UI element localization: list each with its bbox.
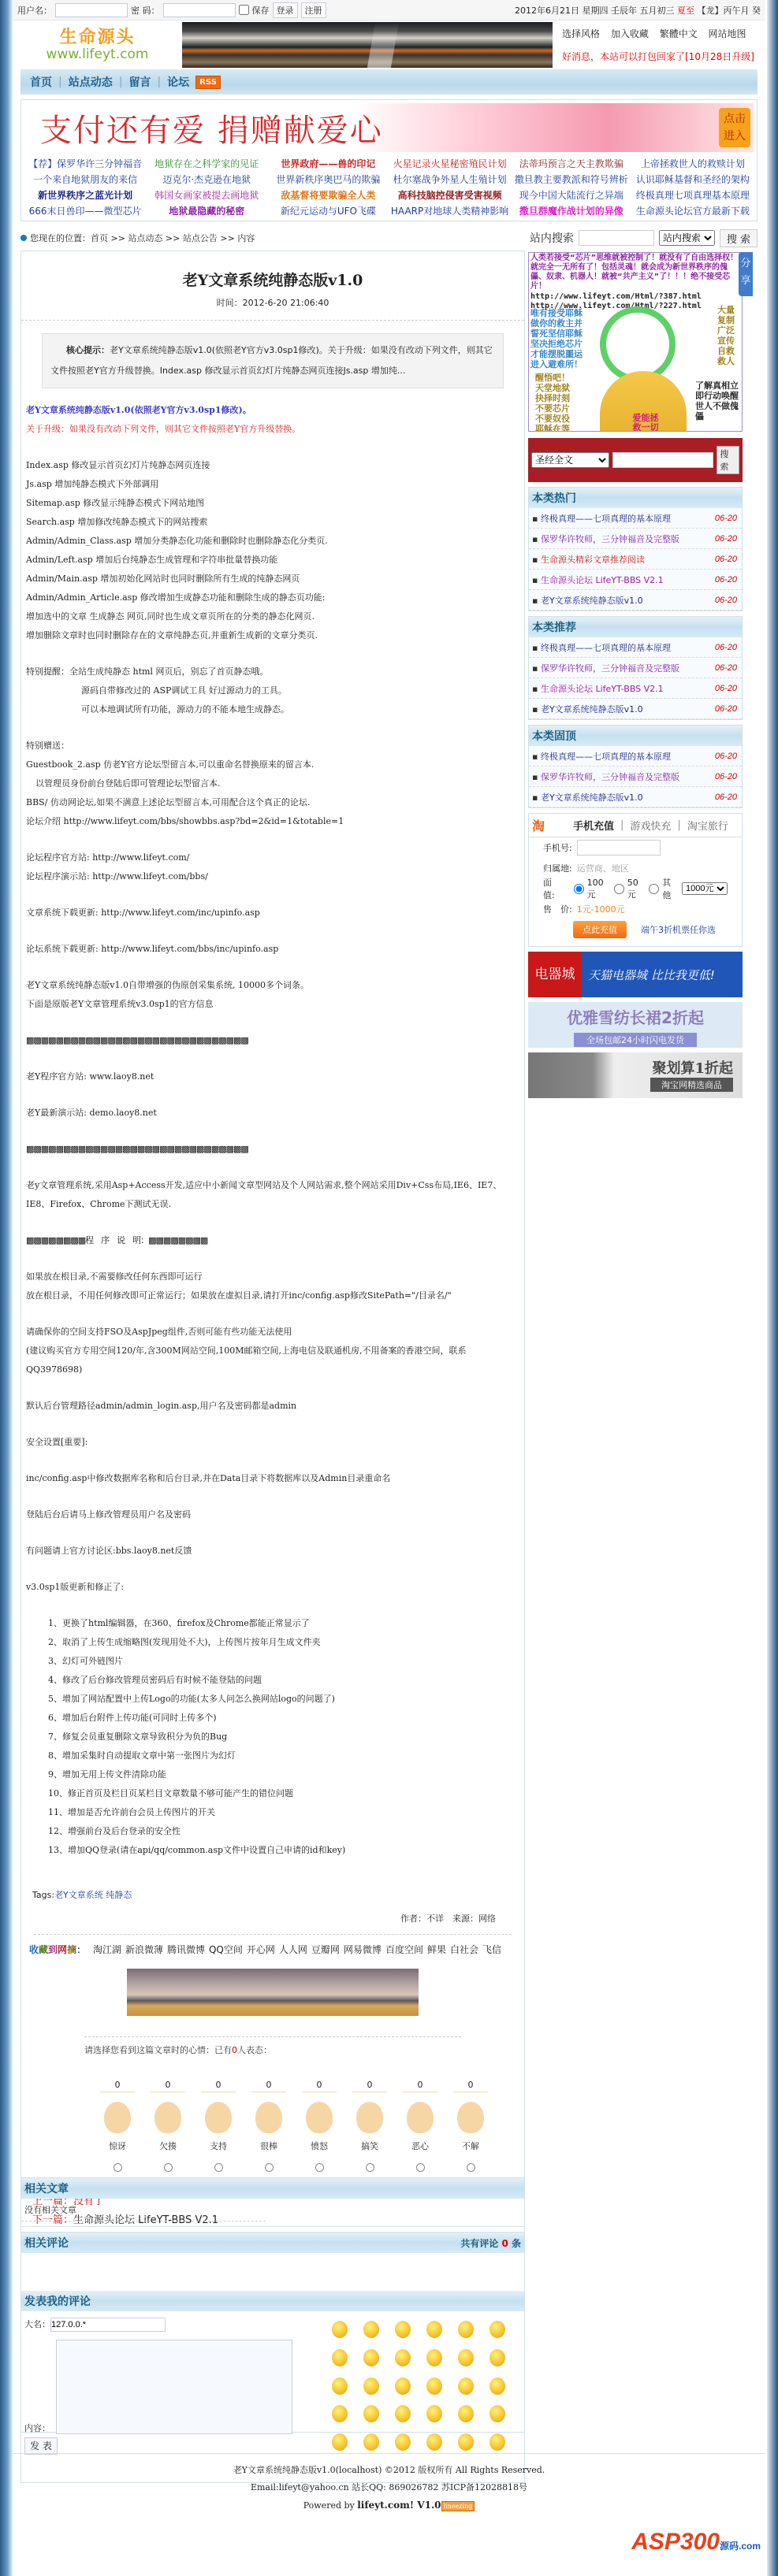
amount-other-radio[interactable] [649,884,659,894]
mood-option[interactable]: 0搞笑 [352,2080,387,2172]
promo-link[interactable]: 地狱最隐藏的秘密 [146,204,267,217]
share-site-link[interactable]: 开心网 [247,1944,275,1955]
config-note: inc/config.asp中修改数据库名称和后台目录,并在Data目录下将数据… [26,1469,519,1488]
post-comment-title: 发表我的评论 [24,2293,91,2309]
promo-link[interactable]: 杜尔塞战争外星人生殖计划 [389,173,511,186]
pinned-title: 本类固顶 [532,728,576,744]
header-news[interactable]: 好消息，本站可以打包回家了[10月28日升级] [562,50,754,63]
username-label: 用户名： [17,4,52,17]
promo-link[interactable]: 韩国女画家被提去画地狱 [146,188,267,202]
site-footer: 老Y文章系统纯静态版v1.0(localhost) ©2012 版权所有 All… [13,2453,765,2515]
mood-label: 惊讶 [100,2140,135,2152]
rss-button[interactable]: RSS [195,76,221,89]
sidebar-article-item[interactable]: 终极真理——七项真理的基本原理06-20 [529,637,742,658]
tags-label: Tags: [32,1890,54,1900]
emoticon-icon[interactable] [458,2433,474,2451]
article-update-link[interactable]: 文章系统下载更新: http://www.lifeyt.com/inc/upin… [26,904,519,922]
promo-link[interactable]: 法蒂玛预言之天主教欺骗 [511,157,632,170]
promo-link[interactable]: 高科技脑控侵害受害视频 [389,188,511,202]
register-button[interactable]: 注册 [301,2,326,18]
share-label: ： [76,1944,86,1955]
search-scope-select[interactable]: 站内搜索 [659,230,715,246]
emoticon-icon[interactable] [395,2433,411,2451]
emoticon-icon[interactable] [363,2321,379,2338]
mood-face-icon [306,2102,333,2133]
sidebar-article-item[interactable]: 生命源头论坛 LifeYT-BBS V2.106-20 [529,678,742,699]
amount-option: 其他 [662,876,679,901]
sidebar-article-item[interactable]: 保罗华许牧师，三分钟福音及完整版06-20 [529,766,742,787]
remember-checkbox[interactable] [239,5,249,15]
share-site-link[interactable]: 鲜果 [427,1944,446,1955]
promo-link[interactable]: 火星记录火星秘密殖民计划 [389,157,511,170]
sidebar-article-date: 06-20 [715,643,737,652]
sidebar-article-title[interactable]: 生命源头精彩文章推荐阅读 [532,553,645,566]
tag-link[interactable]: 老Y文章系统 [54,1890,103,1900]
remember-label: 保存 [252,4,270,17]
lead-line-1: 老Y文章系统纯静态版v1.0(依照老Y官方v3.0sp1修改)。 [26,401,519,420]
share-site-link[interactable]: 白社会 [450,1944,478,1955]
emoticon-grid [332,2321,507,2452]
mood-total: 0 [232,2045,237,2055]
article-tags: Tags:老Y文章系统 纯静态 [21,1880,524,1901]
sidebar-article-item[interactable]: 老Y文章系统纯静态版v1.006-20 [529,590,742,611]
gift-line: 以管理员身份前台登陆后即可管理论坛型留言本. [26,774,519,793]
mood-radio[interactable] [366,2163,374,2172]
nav-forum[interactable]: 论坛 [167,74,189,90]
emoticon-icon[interactable] [363,2377,379,2395]
logo-chinese: 生命源头 [13,28,182,47]
password-note: 登陆后台后请马上修改管理员用户名及密码 [26,1505,519,1524]
sidebar-article-date: 06-20 [715,684,737,693]
tmall-logo: 电器城 [528,952,582,997]
mood-option[interactable]: 0不解 [453,2080,488,2172]
install-note: 放在根目录，不用任何修改即可正常运行；如果放在虚拟目录,请打开inc/confi… [26,1286,519,1305]
header-links: 选择风格 加入收藏 繁體中文 网站地图 好消息，本站可以打包回家了[10月28日… [553,27,754,63]
lead-line-2: 关于升级：如果没有改动下列文件，则其它文件按照老Y官方升级替换。 [26,420,519,439]
file-change-line: 增加选中的文章 生成静态 网页,同时也生成文章页所在的分类的静态化网页. [26,607,519,626]
file-change-line: Search.asp 增加修改纯静态模式下的网站搜索 [26,513,519,532]
bible-select[interactable]: 圣经全文 [531,452,609,468]
security-heading: 安全设置[重要]: [26,1433,519,1452]
search-button[interactable]: 搜 索 [720,229,758,247]
phone-input[interactable] [577,840,661,856]
recommended-articles-box: 本类推荐 终极真理——七项真理的基本原理06-20保罗华许牧师，三分钟福音及完整… [528,616,743,720]
sidebar-article-title[interactable]: 老Y文章系统纯静态版v1.0 [532,791,643,804]
sidebar-article-title[interactable]: 保罗华许牧师，三分钟福音及完整版 [532,770,679,783]
share-site-link[interactable]: 豆瓣网 [311,1944,340,1955]
location-bar: 您现在的位置： 首页 >> 站点动态 >> 站点公告 >> 内容 站内搜索 站内… [20,226,758,250]
changelog-list: 1、更换了html编辑器，在360、firefox及Chrome都能正常显示了2… [26,1614,519,1860]
emoticon-icon[interactable] [490,2321,505,2338]
summary-label: 核心提示： [50,345,110,355]
promo-link[interactable]: 撒旦教主要教派和符号辨析 [511,173,632,186]
laoy-demo-link[interactable]: 老Y最新演示站: demo.laoy8.net [26,1104,519,1123]
amount-50-radio[interactable] [614,884,624,894]
promo-link[interactable]: 认识耶稣基督和圣经的架构 [632,173,754,186]
tmall-ad[interactable]: 电器城 天猫电器城 比比我更低! [528,952,743,997]
emoticon-icon[interactable] [395,2377,411,2395]
enter-button[interactable]: 点击进入 [719,108,750,147]
contact-line: Email:lifeyt@yahoo.cn 站长QQ: 869026782 苏I… [13,2479,765,2496]
share-sites: 淘江湖新浪微薄腾讯微博QQ空间开心网人人网豆瓣网网易微博百度空间鲜果白社会飞信 [89,1944,501,1955]
gift-heading: 特别赠送： [26,737,519,755]
amount-option: 100元 [587,878,611,900]
nav-separator: | [58,76,62,88]
comment-count: 共有评论 0 条 [460,2236,521,2250]
emoticon-icon[interactable] [426,2321,442,2338]
mood-option[interactable]: 0愤怒 [302,2080,337,2172]
mood-face-icon [255,2102,282,2133]
emoticon-icon[interactable] [490,2377,505,2395]
sidebar-article-title[interactable]: 终极真理——七项真理的基本原理 [532,641,671,654]
system-description: 老y文章管理系统,采用Asp+Access开发,适应中小新闻文章型网站及个人网站… [26,1176,519,1214]
emoticon-icon[interactable] [458,2405,474,2422]
mood-radio[interactable] [416,2163,425,2172]
amount-option: 50元 [627,878,646,900]
emoticon-icon[interactable] [490,2405,505,2422]
juhuasuan-ad[interactable]: 聚划算1折起 淘宝网精选商品 [528,1052,743,1098]
sidebar-article-title[interactable]: 老Y文章系统纯静态版v1.0 [532,594,643,607]
promo-link[interactable]: 现今中国大陆流行之异端 [511,188,632,202]
fso-note: 请确保你的空间支持FSO及AspJpeg组件,否则可能有些功能无法使用 [26,1323,519,1342]
mood-option[interactable]: 0欠揍 [151,2080,185,2172]
site-logo[interactable]: 生命源头 www.lifeyt.com [13,28,182,62]
changelog-item: 2、取消了上传生成缩略图(发现用处不大)，上传图片按年月生成文件夹 [26,1633,519,1652]
emoticon-icon[interactable] [426,2349,442,2366]
share-site-link[interactable]: 淘江湖 [93,1944,121,1955]
block-divider: ▩▩▩▩▩▩▩▩▩▩▩▩▩▩▩▩▩▩▩▩▩▩▩▩▩▩▩▩▩▩ [26,1031,519,1050]
bible-search-input[interactable] [612,452,713,468]
promo-link[interactable]: 敌基督将要欺骗全人类 [267,188,389,202]
sidebar-article-date: 06-20 [715,596,737,605]
mood-option[interactable]: 0惊讶 [100,2080,135,2172]
promo-link[interactable]: 新纪元运动与UFO飞碟 [267,204,389,217]
forum-intro-link[interactable]: 论坛介绍 http://www.lifeyt.com/bbs/showbbs.a… [26,812,519,831]
promo-link[interactable]: 地狱存在之科学家的见证 [146,157,267,170]
emoticon-icon[interactable] [458,2321,474,2338]
emoticon-icon[interactable] [458,2349,474,2366]
breadcrumb-current: 内容 [237,233,255,243]
tab-game-recharge[interactable]: 游戏快充 [630,818,671,833]
article-time: 时间：2012-6-20 21:06:40 [21,296,524,321]
submit-comment-button[interactable]: 发 表 [24,2437,58,2455]
password-input[interactable] [163,3,236,17]
promo-link[interactable]: 撒旦群魔作战计划的异像 [511,204,632,217]
related-articles-box: 相关文章 没有相关文章 [20,2177,525,2227]
powered-brand[interactable]: lifeyt.com! V1.0 [357,2500,441,2511]
promo-link[interactable]: 【荐】保罗华许三分钟福音 [24,157,146,170]
region-label: 归属地: [543,862,572,874]
promo-links-grid: 【荐】保罗华许三分钟福音地狱存在之科学家的见证世界政府——兽的印记火星记录火星秘… [24,157,754,217]
emoticon-icon[interactable] [363,2349,379,2366]
mood-label: 搞笑 [352,2140,387,2152]
mood-option[interactable]: 0恶心 [403,2080,437,2172]
promo-section: 支付还有爱 捐赠献爱心 点击进入 【荐】保罗华许三分钟福音地狱存在之科学家的见证… [20,99,758,221]
emoticon-icon[interactable] [332,2321,348,2338]
mood-radio[interactable] [214,2163,223,2172]
region-value: 运营商、地区 [577,862,629,874]
mood-label: 支持 [201,2140,236,2152]
nav-news[interactable]: 站点动态 [69,74,113,90]
taobao-recharge-widget: 淘 手机充值| 游戏快充| 淘宝旅行 手机号: 归属地:运营商、地区 面 值: … [528,813,743,947]
login-button[interactable]: 登录 [273,2,298,18]
summary-text: 老Y文章系统纯静态版v1.0(依照老Y官方v3.0sp1修改)。关于升级：如果没… [50,345,493,376]
promo-link[interactable]: 终极真理七项真理基本原理 [632,188,754,202]
mood-options: 0惊讶0欠揍0支持0很棒0愤怒0搞笑0恶心0不解 [84,2080,524,2172]
tab-travel[interactable]: 淘宝旅行 [687,818,728,833]
emoticon-icon[interactable] [363,2405,379,2422]
ju-ad-subtitle: 淘宝网精选商品 [650,1078,733,1092]
share-label: 摘 [67,1944,76,1955]
emoticon-icon[interactable] [458,2377,474,2395]
breadcrumb-news[interactable]: 站点动态 [128,233,162,243]
tab-phone-recharge[interactable]: 手机充值 [573,818,614,833]
emoticon-icon[interactable] [426,2377,442,2395]
emoticon-icon[interactable] [426,2405,442,2422]
sidebar-article-title[interactable]: 生命源头论坛 LifeYT-BBS V2.1 [532,682,664,695]
changelog-item: 3、幻灯可外链图片 [26,1652,519,1671]
reminder-line: 特别提醒：全站生成纯静态 html 网页后，别忘了首页静态哦。 [26,663,519,681]
ju-ad-title: 聚划算1折起 [528,1057,733,1078]
sidebar-article-title[interactable]: 生命源头论坛 LifeYT-BBS V2.1 [532,573,664,586]
sidebar-article-item[interactable]: 保罗华许牧师，三分钟福音及完整版06-20 [529,529,742,549]
taobao-logo: 淘 [532,816,567,834]
date-display: 2012年6月21日 星期四 壬辰年 五月初三 夏至 【龙】丙午月 癸 [515,4,761,17]
changelog-item: 12、增强前台及后台登录的安全性 [26,1822,519,1841]
sidebar-article-item[interactable]: 终极真理——七项真理的基本原理06-20 [529,508,742,529]
article-body: 老Y文章系统纯静态版v1.0(依照老Y官方v3.0sp1修改)。 关于升级：如果… [21,388,524,1860]
powered-line: Powered by lifeyt.com! V1.0lineezing [13,2496,765,2515]
mood-count: 0 [201,2080,236,2092]
share-site-link[interactable]: 百度空间 [385,1944,423,1955]
name-label: 大名： [24,2319,50,2329]
mood-prompt-suffix: 人表态： [237,2045,272,2055]
logo-url: www.lifeyt.com [13,47,182,62]
mood-radio[interactable] [164,2163,173,2172]
changelog-item: 1、更换了html编辑器，在360、firefox及Chrome都能正常显示了 [26,1614,519,1633]
location-label: 您现在的位置： [30,232,91,244]
changelog-item: 10、修正首页及栏目页某栏目文章数量不够可能产生的错位问题 [26,1784,519,1803]
emoticon-icon[interactable] [332,2377,348,2395]
promo-link[interactable]: 上帝拯救世人的救赎计划 [632,157,754,170]
comment-form: 大名： 内容： 发 表 [21,2311,524,2459]
header-banner-image [182,22,553,68]
nav-home[interactable]: 首页 [30,74,52,90]
solar-term: 夏至 [677,6,694,16]
amount-100-radio[interactable] [574,884,584,894]
amount-select[interactable]: 1000元 [682,882,728,895]
mood-radio[interactable] [265,2163,274,2172]
mood-label: 很棒 [251,2140,286,2152]
emoticon-icon[interactable] [490,2433,505,2451]
original-info-note: 下面是原版老Y文章管理系统v3.0sp1的官方信息 [26,995,519,1014]
sidebar-article-item[interactable]: 保罗华许牧师，三分钟福音及完整版06-20 [529,658,742,678]
promo-link[interactable]: 666末日兽印——微型芯片 [24,204,146,217]
emoticon-icon[interactable] [332,2349,348,2366]
mood-face-icon [407,2102,434,2133]
emoticon-icon[interactable] [426,2433,442,2451]
share-site-link[interactable]: 人人网 [279,1944,307,1955]
breadcrumb-home[interactable]: 首页 [91,233,108,243]
sidebar-article-item[interactable]: 老Y文章系统纯静态版v1.006-20 [529,699,742,719]
sidebar-article-date: 06-20 [715,752,737,761]
sidebar-article-title[interactable]: 老Y文章系统纯静态版v1.0 [532,703,643,715]
mood-count: 0 [302,2080,337,2092]
mood-face-icon [205,2102,232,2133]
sidebar-article-date: 06-20 [715,772,737,781]
site-header: 生命源头 www.lifeyt.com 选择风格 加入收藏 繁體中文 网站地图 … [13,20,765,69]
share-site-link[interactable]: 网易微博 [344,1944,382,1955]
recommend-title: 本类推荐 [532,619,576,635]
sidebar-article-date: 06-20 [715,514,737,523]
promo-link[interactable]: 世界政府——兽的印记 [267,157,389,170]
mood-face-icon [154,2102,181,2133]
ad-text: 大量复制广泛宣传自救救人 [717,305,739,366]
name-input[interactable] [50,2318,166,2332]
page-background-right [767,0,778,2576]
share-site-link[interactable]: 飞信 [482,1944,501,1955]
file-change-line: Admin/Admin_Article.asp 修改增加生成静态功能和删除生成的… [26,588,519,607]
mood-radio[interactable] [114,2163,122,2172]
price-value: 1元-1000元 [577,903,625,915]
emoticon-icon[interactable] [363,2433,379,2451]
promo-link[interactable]: 新世界秩序之蓝光计划 [24,188,146,202]
style-link[interactable]: 选择风格 [562,28,600,39]
sitemap-link[interactable]: 网站地图 [709,28,746,39]
hosting-note: (建议购买官方专用空间120/年,含300M网站空间,100M邮箱空间,上海电信… [26,1342,519,1379]
changelog-item: 6、增加后台附件上传功能(可同时上传多个) [26,1709,519,1728]
share-label: 收 [29,1944,39,1955]
changelog-item: 13、增加QQ登录(请在api/qq/common.asp文件中设置自己申请的i… [26,1841,519,1860]
file-change-list: Index.asp 修改显示首页幻灯片纯静态网页连接Js.asp 增加纯静态模式… [26,456,519,645]
share-label: 藏 [39,1944,48,1955]
hot-articles-box: 本类热门 终极真理——七项真理的基本原理06-20保罗华许牧师，三分钟福音及完整… [528,487,743,611]
changelog-item: 5、增加了网站配置中上传Logo的功能(太多人问怎么换网站logo的问题了) [26,1690,519,1709]
emoticon-icon[interactable] [332,2405,348,2422]
sidebar-article-item[interactable]: 终极真理——七项真理的基本原理06-20 [529,746,742,766]
recharge-button[interactable]: 点此充值 [573,921,627,938]
article-summary: 核心提示：老Y文章系统纯静态版v1.0(依照老Y官方v3.0sp1修改)。关于升… [42,333,504,388]
breadcrumb-announcements[interactable]: 站点公告 [183,233,218,243]
mood-count: 0 [403,2080,437,2092]
tmall-slogan: 天猫电器城 比比我更低! [582,967,715,983]
forum-demo-link[interactable]: 论坛程序演示站: http://www.lifeyt.com/bbs/ [26,867,519,886]
nav-separator: | [157,76,161,88]
article-panel: 老Y文章系统纯静态版v1.0 时间：2012-6-20 21:06:40 核心提… [20,251,525,2433]
mood-count: 0 [453,2080,488,2092]
bible-search: 圣经全文 搜索 [528,438,743,482]
sidebar-article-title[interactable]: 终极真理——七项真理的基本原理 [532,512,671,525]
anti-chip-ad[interactable]: 人类若接受“芯片”思维就被控制了！就没有了自由选择权！就完全一无所有了！包括灵魂… [528,252,743,432]
mood-prompt: 请选择您看到这篇文章时的心情：已有 [84,2045,232,2055]
mood-radio[interactable] [467,2163,475,2172]
main-nav: 首页| 站点动态| 留言| 论坛 RSS [20,69,758,95]
donation-banner[interactable]: 支付还有爱 捐赠献爱心 点击进入 [24,103,754,152]
mood-radio[interactable] [315,2163,324,2172]
file-change-line: Js.asp 增加纯静态模式下外部调用 [26,475,519,494]
copyright-line: 老Y文章系统纯静态版v1.0(localhost) ©2012 版权所有 All… [13,2462,765,2479]
reminder-line: 源码自带修改过的 ASP调试工具 好过源动力的工具。 [26,681,519,700]
ad-text: 唯有接受耶稣做你的救主并誓死坚信耶稣坚决拒绝芯片才能摆脱噩运进入避难所！ [530,308,586,369]
share-tab[interactable]: 分享 [739,252,753,296]
laoy-official-link[interactable]: 老Y程序官方站: www.laoy8.net [26,1067,519,1086]
emoticon-icon[interactable] [395,2321,411,2338]
program-notes-heading: ▩▩▩▩▩▩▩▩程 序 说 明：▩▩▩▩▩▩▩▩ [26,1231,519,1250]
mood-option[interactable]: 0很棒 [251,2080,286,2172]
mood-face-icon [104,2102,131,2133]
promo-link[interactable]: 迈克尔·杰克逊在地狱 [146,173,267,186]
username-input[interactable] [55,3,128,17]
bible-search-button[interactable]: 搜索 [717,446,739,474]
forum-official-link[interactable]: 论坛程序官方站: http://www.lifeyt.com/ [26,848,519,867]
share-label: 到 [48,1944,58,1955]
ad-text: 了解真相立即行动唤醒世人不做傀儡 [695,380,739,421]
comment-textarea[interactable] [56,2340,292,2434]
nav-guestbook[interactable]: 留言 [128,74,151,90]
promo-link[interactable]: HAARP对地球人类精神影响 [389,204,511,217]
sidebar-article-title[interactable]: 终极真理——七项真理的基本原理 [532,750,671,763]
mood-label: 欠揍 [151,2140,185,2152]
collect-note: 老Y文章系统纯静态版v1.0自带增强的伪原创采集系统, 10000多个词条。 [26,976,519,995]
sidebar-article-item[interactable]: 生命源头精彩文章推荐阅读06-20 [529,549,742,570]
emoticon-icon[interactable] [332,2433,348,2451]
favorite-link[interactable]: 加入收藏 [611,28,649,39]
amount-label: 面 值: [543,876,571,901]
share-site-link[interactable]: 新浪微薄 [125,1944,163,1955]
article-title: 老Y文章系统纯静态版v1.0 [21,269,524,290]
changelog-item: 9、增加无用上传文件清除功能 [26,1765,519,1784]
mood-count: 0 [251,2080,286,2092]
license-badge[interactable]: lineezing [441,2501,475,2511]
share-site-link[interactable]: QQ空间 [209,1944,243,1955]
install-note: 如果放在根目录,不需要修改任何东西即可运行 [26,1268,519,1286]
sidebar-article-title[interactable]: 保罗华许牧师，三分钟福音及完整版 [532,662,679,674]
flight-deal-link[interactable]: 端午3折机票任你选 [641,923,716,936]
promo-link[interactable]: 生命源头论坛官方最新下载 [632,204,754,217]
emoticon-icon[interactable] [395,2405,411,2422]
share-site-link[interactable]: 腾讯微博 [167,1944,205,1955]
dress-ad-subtitle: 全场包邮24小时闪电发货 [574,1033,697,1047]
site-search: 站内搜索 站内搜索 搜 索 [530,229,758,247]
block-divider: ▩▩▩▩▩▩▩▩▩▩▩▩▩▩▩▩▩▩▩▩▩▩▩▩▩▩▩▩▩▩ [26,1140,519,1159]
forum-update-link[interactable]: 论坛系统下载更新: http://www.lifeyt.com/bbs/inc/… [26,940,519,959]
mood-label: 不解 [453,2140,488,2152]
promo-link[interactable]: 世界新秩序奥巴马的欺骗 [267,173,389,186]
mood-face-icon [356,2102,383,2133]
sidebar-article-item[interactable]: 老Y文章系统纯静态版v1.006-20 [529,787,742,807]
emoticon-icon[interactable] [395,2349,411,2366]
ad-text: 醒悟吧！天堂地狱抉择时刻不要芯片不要奴役耶稣在等你皈依！ [535,373,576,432]
sidebar-article-title[interactable]: 保罗华许牧师，三分钟福音及完整版 [532,533,679,545]
dress-ad[interactable]: 优雅雪纺长裙2折起 全场包邮24小时闪电发货 [528,1002,743,1048]
asp300-watermark: ASP300源码.com [631,2529,761,2556]
promo-link[interactable]: 一个来自地狱朋友的来信 [24,173,146,186]
mood-option[interactable]: 0支持 [201,2080,236,2172]
mood-count: 0 [100,2080,135,2092]
sidebar-article-item[interactable]: 生命源头论坛 LifeYT-BBS V2.106-20 [529,570,742,590]
search-input[interactable] [579,230,654,246]
changelog-item: 11、增加是否允许前台会员上传图片的开关 [26,1803,519,1822]
gift-line: Guestbook_2.asp 仿老Y官方论坛型留言本,可以重命名替换原来的留言… [26,755,519,774]
related-empty: 没有相关文章 [21,2199,266,2222]
traditional-link[interactable]: 繁體中文 [660,28,698,39]
sidebar-article-date: 06-20 [715,704,737,714]
tag-link[interactable]: 纯静态 [106,1890,132,1900]
sidebar-article-date: 06-20 [715,792,737,802]
sidebar-article-date: 06-20 [715,663,737,673]
emoticon-icon[interactable] [490,2349,505,2366]
changelog-item: 4、修改了后台修改管理员密码后有时候不能登陆的问题 [26,1671,519,1690]
